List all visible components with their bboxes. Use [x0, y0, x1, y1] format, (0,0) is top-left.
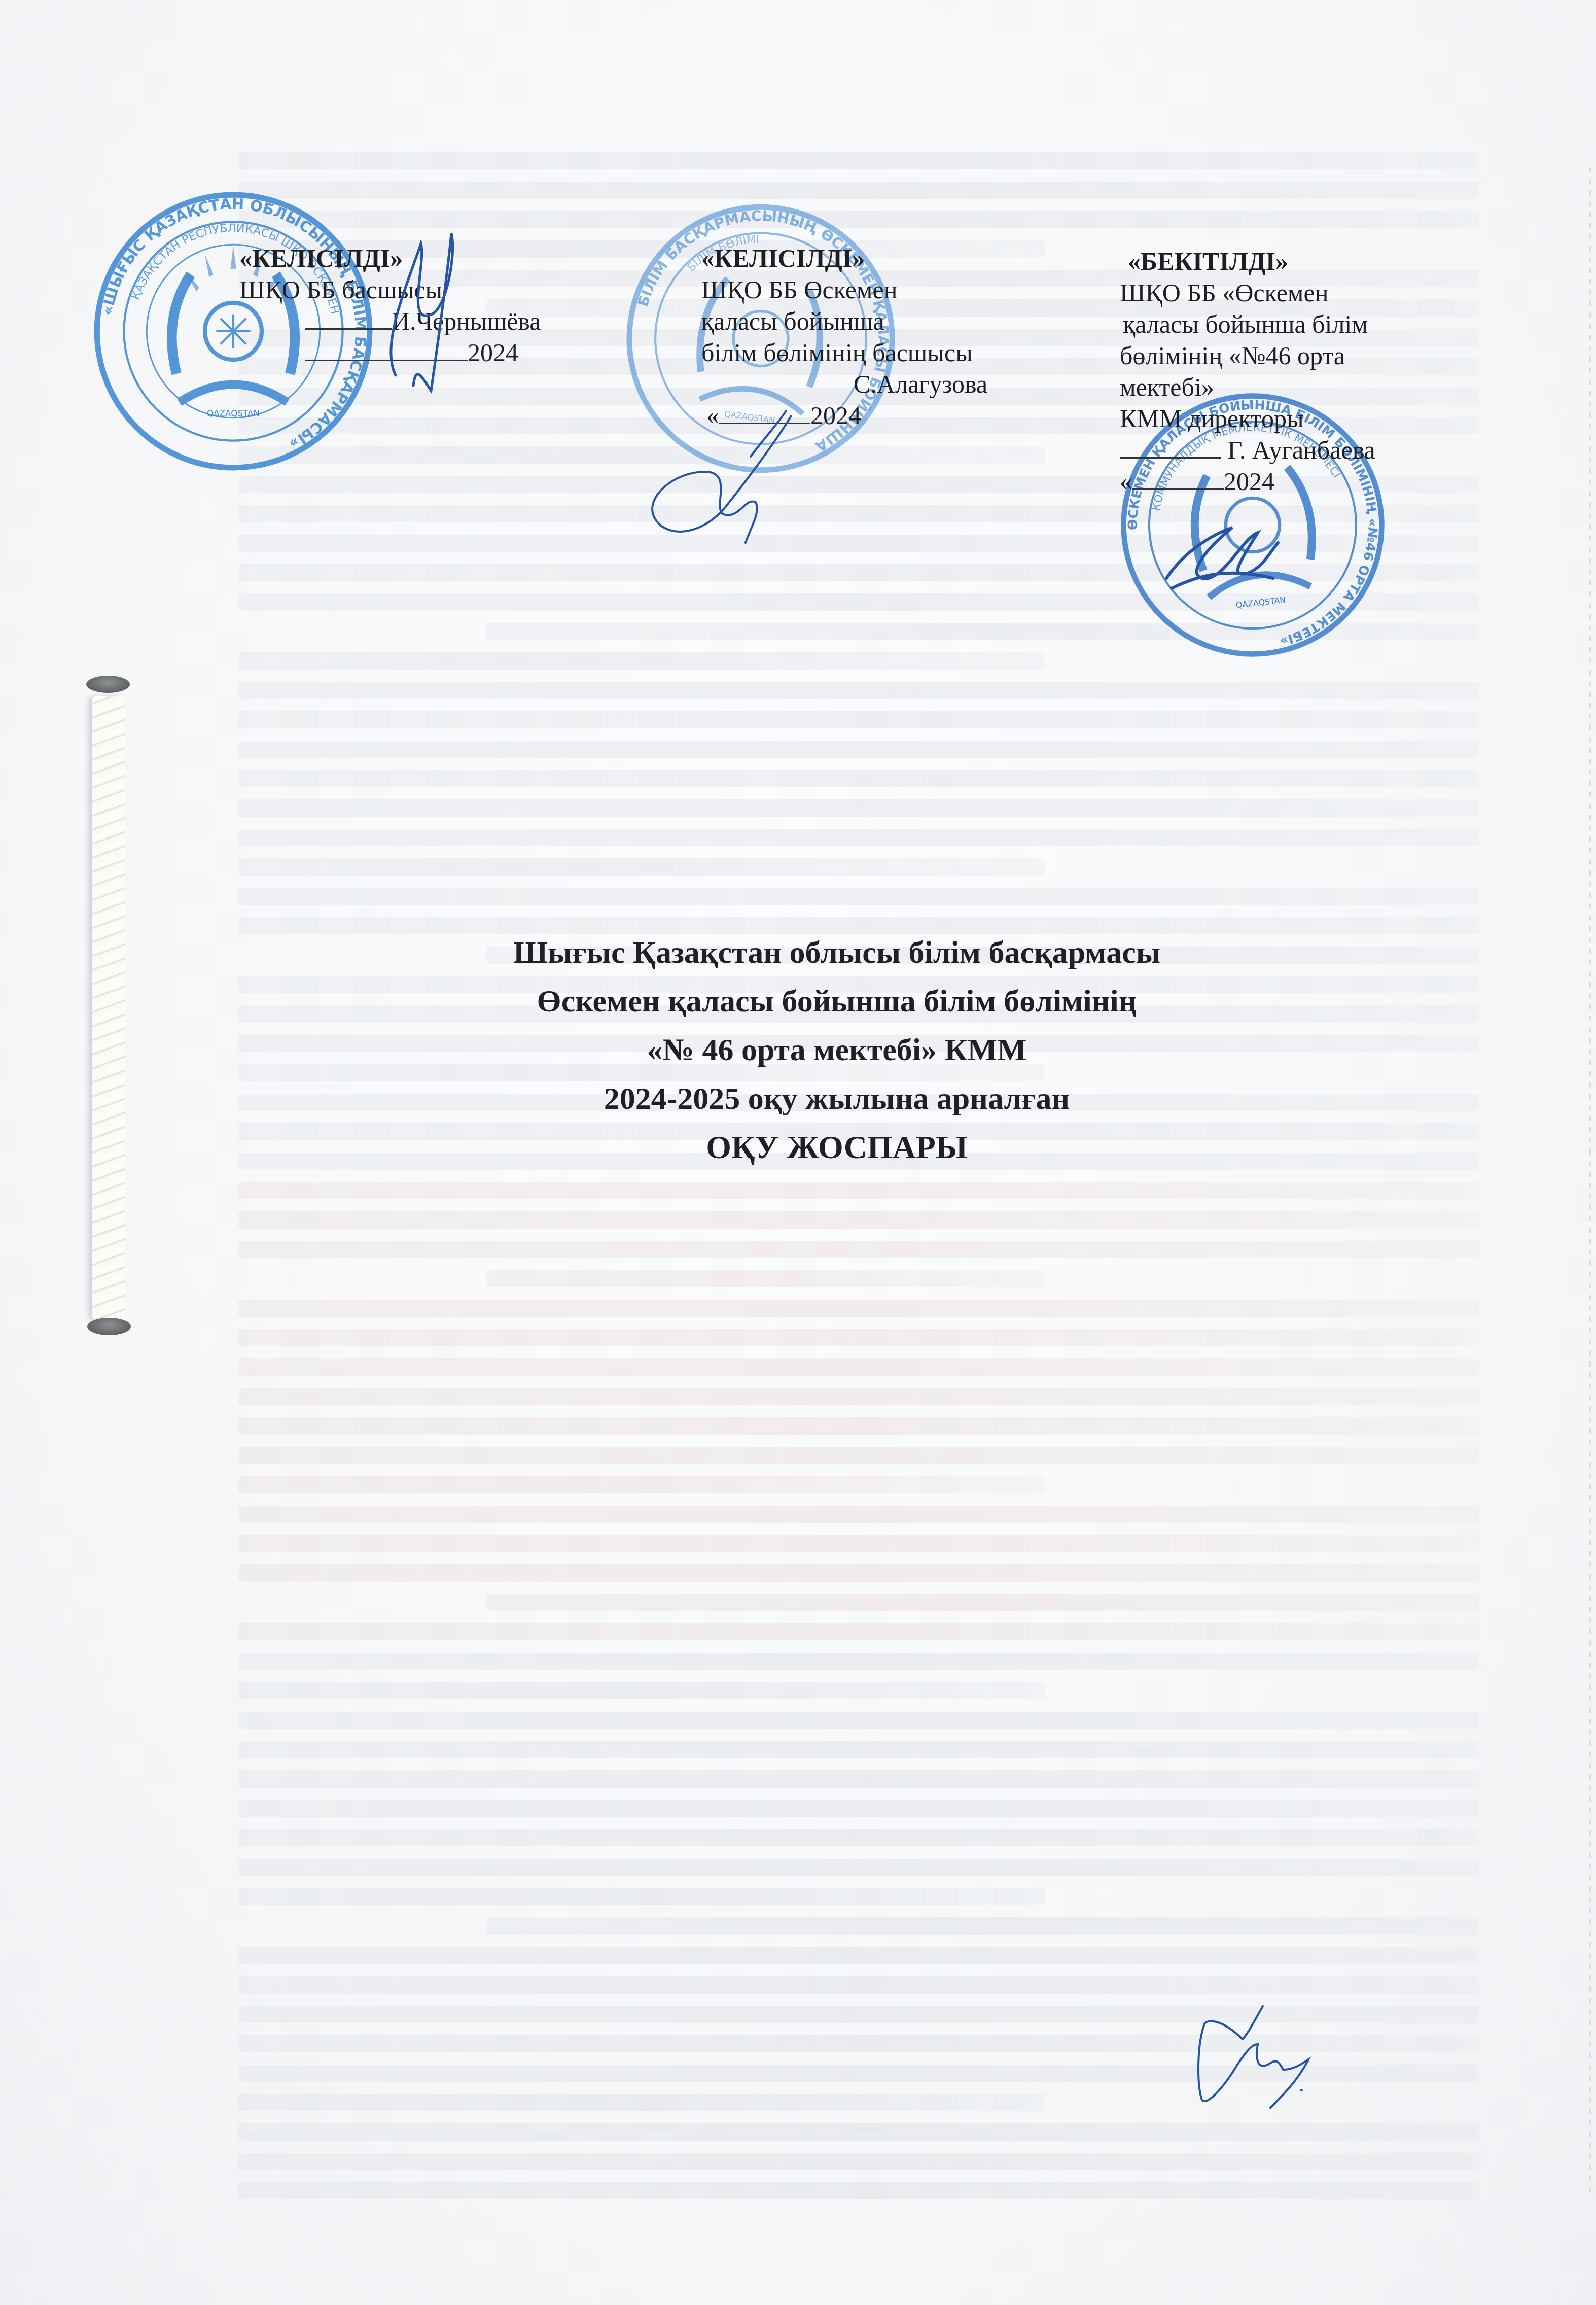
approval-date-year: 2024: [468, 338, 518, 367]
show-through-line: [238, 682, 1479, 699]
show-through-line: [238, 182, 1479, 199]
show-through-line: [238, 1241, 1479, 1258]
signature-line: [1120, 457, 1221, 459]
show-through-line: [238, 2006, 1479, 2023]
title-line-city-department: Өскемен қаласы бойынша білім бөлімінің: [304, 977, 1369, 1026]
show-through-line: [486, 623, 1479, 640]
show-through-line: [238, 711, 1479, 728]
show-through-line: [238, 1859, 1479, 1876]
signature-icon: [1166, 2004, 1329, 2115]
show-through-line: [238, 799, 1479, 817]
show-through-line: [486, 1270, 1045, 1287]
svg-text:QAZAQSTAN: QAZAQSTAN: [1235, 595, 1286, 610]
show-through-line: [238, 1741, 1479, 1758]
approval-signer: И.Чернышёва: [392, 307, 541, 335]
show-through-line: [238, 858, 1045, 876]
document-title: ОҚУ ЖОСПАРЫ: [304, 1123, 1369, 1172]
approval-signer: Г. Ауганбаева: [1228, 436, 1375, 464]
approval-heading: «КЕЛІСІЛДІ»: [701, 242, 987, 274]
approval-position: бөлімінің «№46 орта: [1120, 340, 1375, 371]
show-through-line: [238, 1358, 1479, 1376]
date-quote: «: [706, 401, 719, 430]
date-quote: «: [1120, 467, 1132, 496]
show-through-line: [238, 2153, 1479, 2170]
show-through-line: [238, 1888, 1045, 1905]
approval-date-year: 2024: [1224, 467, 1274, 496]
show-through-line: [238, 446, 1045, 464]
show-through-line: [238, 1417, 1479, 1435]
show-through-line: [238, 1800, 1479, 1817]
binding-cord-icon: [92, 696, 125, 1320]
show-through-line: [238, 593, 1479, 611]
approval-position: ШҚО ББ «Өскемен: [1120, 277, 1375, 308]
signature-icon: [1156, 517, 1288, 599]
show-through-line: [238, 1976, 1479, 1994]
approval-block-approved: «БЕКІТІЛДІ» ШҚО ББ «Өскемен қаласы бойын…: [1120, 246, 1375, 497]
approval-heading: «БЕКІТІЛДІ»: [1120, 246, 1375, 277]
show-through-line: [238, 152, 1479, 169]
approval-position: қаласы бойынша: [701, 305, 987, 337]
show-through-line: [238, 1535, 1479, 1552]
show-through-line: [238, 535, 1479, 552]
show-through-line: [238, 1623, 1479, 1640]
show-through-line: [238, 1506, 1479, 1523]
show-through-line: [238, 1476, 1045, 1493]
show-through-line: [238, 1770, 1479, 1788]
date-line: [719, 423, 810, 424]
show-through-line: [238, 1947, 1479, 1964]
show-through-line: [238, 1564, 1479, 1582]
show-through-line: [238, 888, 1479, 905]
page-edge: [1589, 167, 1591, 2196]
title-block: Шығыс Қазақстан облысы білім басқармасы …: [304, 928, 1369, 1172]
show-through-line: [238, 1388, 1479, 1405]
show-through-line: [238, 1829, 1479, 1846]
approval-block-agreed-city: «КЕЛІСІЛДІ» ШҚО ББ Өскемен қаласы бойынш…: [701, 242, 987, 431]
approval-position: КММ директоры: [1120, 403, 1375, 434]
approval-block-agreed-region: «КЕЛІСІЛДІ» ШҚО ББ басшысы И.Чернышёва 2…: [239, 242, 541, 368]
show-through-line: [486, 1594, 1479, 1611]
date-line: [1132, 488, 1224, 490]
approval-position: білім бөлімінің басшысы: [701, 337, 987, 368]
title-line-region-department: Шығыс Қазақстан облысы білім басқармасы: [304, 928, 1369, 977]
svg-text:QAZAQSTAN: QAZAQSTAN: [207, 408, 260, 418]
title-line-school: «№ 46 орта мектебі» КММ: [304, 1026, 1369, 1074]
show-through-line: [238, 652, 1045, 670]
show-through-line: [238, 1682, 1045, 1699]
show-through-line: [238, 1653, 1479, 1670]
show-through-line: [238, 1182, 1479, 1199]
show-through-line: [238, 1211, 1479, 1229]
show-through-line: [238, 1712, 1479, 1729]
date-line: [305, 360, 468, 361]
binding-hole-icon: [87, 1318, 131, 1335]
show-through-line: [486, 1917, 1479, 1935]
approval-position: мектебі»: [1120, 371, 1375, 403]
show-through-line: [238, 770, 1479, 787]
show-through-line: [238, 1447, 1479, 1464]
show-through-line: [238, 564, 1479, 581]
show-through-line: [238, 1329, 1479, 1346]
approval-position: қаласы бойынша білім: [1120, 308, 1375, 340]
approval-position: ШҚО ББ басшысы: [239, 274, 541, 305]
approval-date-year: 2024: [810, 401, 861, 430]
title-line-academic-year: 2024-2025 оқу жылына арналған: [304, 1074, 1369, 1123]
show-through-line: [238, 741, 1479, 758]
show-through-line: [238, 2065, 1479, 2082]
approval-heading: «КЕЛІСІЛДІ»: [239, 242, 541, 274]
show-through-line: [238, 505, 1479, 522]
document-page: «ШЫҒЫС ҚАЗАҚСТАН ОБЛЫСЫНЫҢ БІЛІМ БАСҚАРМ…: [0, 0, 1596, 2305]
show-through-line: [238, 211, 1479, 228]
show-through-line: [238, 1300, 1479, 1317]
approval-position: ШҚО ББ Өскемен: [701, 274, 987, 305]
show-through-line: [238, 2123, 1479, 2141]
show-through-line: [238, 2035, 1479, 2052]
signature-line: [305, 328, 392, 330]
show-through-line: [238, 2182, 1479, 2199]
show-through-line: [238, 829, 1479, 846]
binding-hole-icon: [86, 676, 130, 693]
approval-signer: С.Алагузова: [701, 368, 987, 400]
show-through-line: [238, 2094, 1045, 2111]
